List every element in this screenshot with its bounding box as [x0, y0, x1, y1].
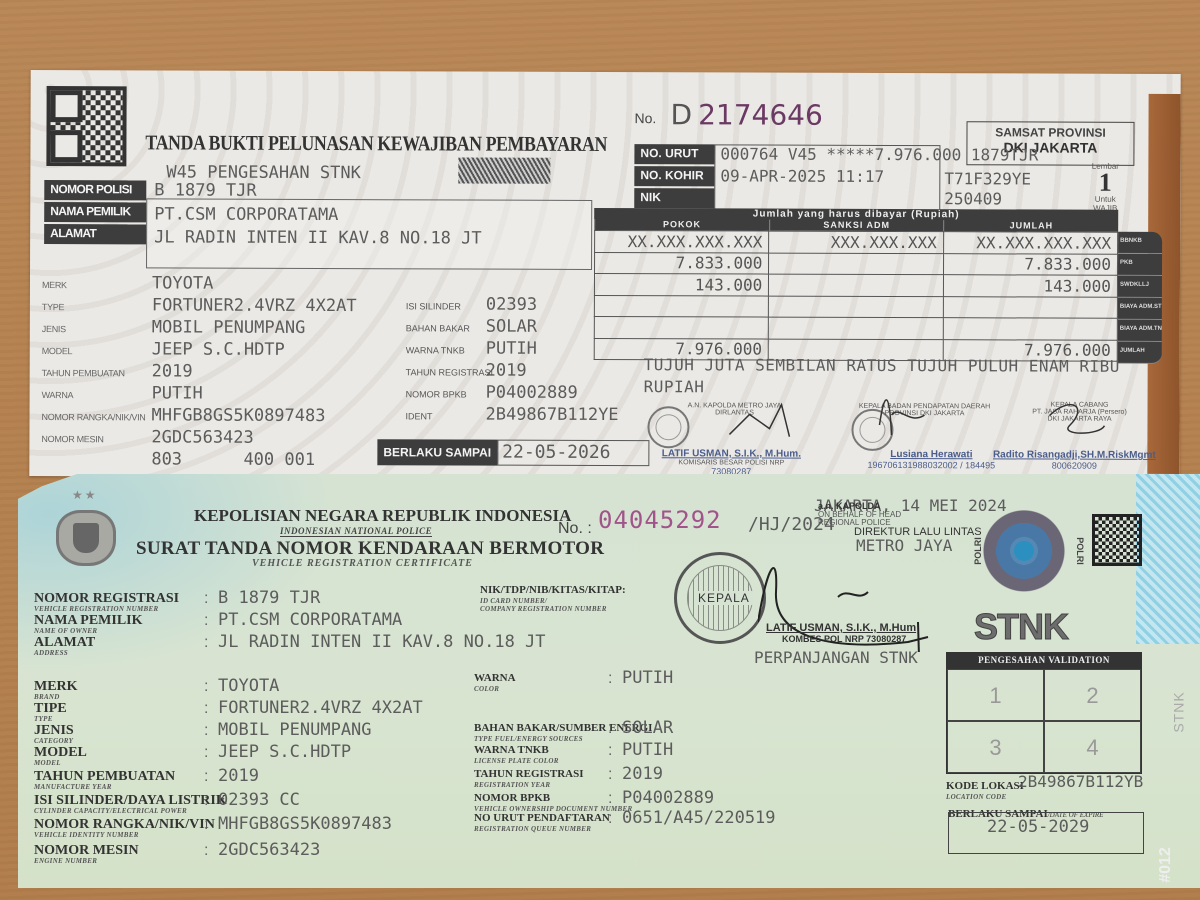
vehicle-value: MOBIL PENUMPANG	[152, 316, 357, 339]
vehicle-value: 2019	[152, 360, 357, 383]
vehicle-extra-value: 2B49867B112YE	[485, 404, 618, 426]
field-label: ALAMATADDRESS	[34, 636, 95, 657]
field-value: P04002889	[622, 788, 714, 808]
field-label-en: COLOR	[474, 685, 516, 693]
on-behalf: a.n. KAPOLDA ON BEHALF OF HEAD REGIONAL …	[818, 502, 901, 527]
field-colon: :	[608, 766, 612, 784]
field-value: JEEP S.C.HDTP	[218, 742, 351, 762]
payment-cell-sanksi	[769, 253, 943, 275]
officer-name: LATIF USMAN, S.I.K., M.Hum	[766, 622, 916, 634]
vehicle-extra-value: PUTIH	[486, 338, 619, 360]
kode-label-en: LOCATION CODE	[946, 793, 1024, 801]
field-value: B 1879 TJR	[218, 588, 320, 608]
receipt-number: D2174646	[671, 98, 823, 132]
field-label: WARNACOLOR	[474, 672, 516, 693]
payment-cell-jumlah: 7.833.000	[943, 253, 1117, 275]
field-label-text: NOMOR BPKB	[474, 792, 550, 804]
samsat-line1: SAMSAT PROVINSI	[967, 125, 1133, 140]
field-label: MERKBRAND	[34, 680, 78, 701]
vehicle-value: JEEP S.C.HDTP	[152, 338, 357, 361]
id-label: NIK/TDP/NIB/KITAS/KITAP:	[480, 584, 626, 596]
field-colon: :	[204, 612, 208, 630]
field-label-en: LICENSE PLATE COLOR	[474, 757, 559, 765]
field-colon: :	[608, 670, 612, 688]
sig-id: 800620909	[989, 460, 1159, 471]
field-value: TOYOTA	[218, 676, 279, 696]
kepala-stamp-icon: KEPALA	[674, 552, 766, 644]
payment-cell-pokok: 143.000	[594, 273, 768, 295]
field-label-text: WARNA TNKB	[474, 744, 549, 756]
payment-cell-sanksi	[769, 296, 943, 318]
id-label-en2: COMPANY REGISTRATION NUMBER	[480, 605, 626, 613]
field-label-en: VEHICLE REGISTRATION NUMBER	[34, 605, 179, 613]
field-value: 0651/A45/220519	[622, 808, 776, 828]
vehicle-extra-value: 2019	[486, 360, 619, 382]
payment-row-label: BIAYA ADM.TNKB	[1118, 320, 1162, 342]
payment-table: XX.XXX.XXX.XXXXXX.XXX.XXXXX.XXX.XXX.XXX7…	[594, 230, 1118, 362]
agency-name: KEPOLISIAN NEGARA REPUBLIK INDONESIA	[194, 506, 571, 526]
payment-row: XX.XXX.XXX.XXXXXX.XXX.XXXXX.XXX.XXX.XXX	[595, 230, 1118, 253]
field-colon: :	[204, 700, 208, 718]
vertical-stnk-mark: STNK	[1171, 691, 1187, 732]
vehicle-label: MODEL	[42, 340, 146, 362]
vehicle-extra-labels: ISI SILINDERBAHAN BAKARWARNA TNKBTAHUN R…	[405, 295, 493, 427]
field-label-text: TIPE	[34, 701, 67, 716]
payment-cell-sanksi	[769, 274, 943, 296]
security-pattern	[1136, 474, 1200, 644]
field-value: FORTUNER2.4VRZ 4X2AT	[218, 698, 423, 718]
field-label: ISI SILINDER/DAYA LISTRIKCYLINDER CAPACI…	[34, 794, 227, 815]
vehicle-label: TAHUN PEMBUATAN	[42, 362, 146, 384]
field-label: NO URUT PENDAFTARANREGISTRATION QUEUE NU…	[474, 812, 610, 833]
valid-until-value: 22-05-2026	[497, 440, 649, 467]
vehicle-label: WARNA	[42, 384, 146, 406]
polri-label-left: POLRI	[973, 537, 983, 565]
label-no-kohir: NO. KOHIR	[634, 166, 714, 186]
payment-row	[594, 316, 1117, 339]
field-label-text: NAMA PEMILIK	[34, 613, 143, 628]
field-colon: :	[608, 742, 612, 760]
qr-code-icon	[46, 86, 126, 166]
qr-code-icon	[1092, 514, 1142, 566]
vehicle-extra-label: ISI SILINDER	[406, 295, 493, 317]
value-alamat: JL RADIN INTEN II KAV.8 NO.18 JT	[154, 227, 482, 248]
vehicle-value: PUTIH	[152, 382, 357, 405]
extra-code: 803 400 001	[151, 448, 356, 471]
polri-label-right: POLRI	[1075, 537, 1085, 565]
field-value: PUTIH	[622, 740, 673, 760]
field-label: TAHUN PEMBUATANMANUFACTURE YEAR	[34, 770, 175, 791]
field-colon: :	[204, 722, 208, 740]
stnk-logo: STNK	[974, 606, 1068, 648]
field-value: MOBIL PENUMPANG	[218, 720, 372, 740]
label-no-urut: NO. URUT	[634, 144, 714, 164]
vehicle-label: MERK	[42, 274, 146, 296]
field-label-text: NOMOR REGISTRASI	[34, 591, 179, 606]
field-value: 2019	[622, 764, 663, 784]
field-label: JENISCATEGORY	[34, 724, 74, 745]
payment-row-label: BIAYA ADM.STNK	[1118, 298, 1162, 320]
vehicle-labels: MERKTYPEJENISMODELTAHUN PEMBUATANWARNANO…	[41, 274, 146, 450]
payment-row-labels: BBNKBPKBSWDKLLJBIAYA ADM.STNKBIAYA ADM.T…	[1118, 232, 1162, 364]
field-value: 2GDC563423	[218, 840, 320, 860]
field-value: MHFGB8GS5K0897483	[218, 814, 392, 834]
vehicle-label: TYPE	[42, 296, 146, 318]
vehicle-value: MHFGB8GS5K0897483	[151, 404, 356, 427]
receipt-number-prefix: D	[671, 98, 693, 131]
field-label-text: NO URUT PENDAFTARAN	[474, 812, 610, 824]
field-label-en: TYPE	[34, 715, 67, 723]
vehicle-extra-value: P04002889	[486, 382, 619, 404]
vehicle-extra-values: 02393SOLARPUTIH2019P040028892B49867B112Y…	[485, 294, 619, 426]
vehicle-value: 2GDC563423	[151, 426, 356, 449]
label-nik: NIK	[634, 188, 714, 208]
payment-cell-jumlah: 143.000	[943, 275, 1117, 297]
vehicle-extra-value: SOLAR	[486, 316, 619, 338]
field-label-text: WARNA	[474, 672, 516, 684]
payment-cell-pokok	[594, 316, 768, 338]
id-number-label: NIK/TDP/NIB/KITAS/KITAP: ID CARD NUMBER/…	[480, 584, 626, 613]
validation-header: PENGESAHAN VALIDATION	[946, 652, 1142, 668]
police-emblem-icon	[56, 510, 116, 566]
payment-row-label: BBNKB	[1118, 232, 1162, 254]
field-colon: :	[204, 768, 208, 786]
stnk-number: 04045292	[598, 506, 722, 534]
payment-row: 7.833.0007.833.000	[595, 252, 1118, 275]
field-label-en: MANUFACTURE YEAR	[34, 783, 175, 791]
vehicle-extra-value: 02393	[486, 294, 619, 316]
payment-cell-sanksi	[769, 317, 943, 339]
value-no-urut: 000764 V45 *****7.976.000 1879TJR	[720, 144, 1038, 164]
field-colon: :	[204, 590, 208, 608]
stamp-text: KEPALA	[695, 591, 753, 605]
stnk-number-label: No. :	[558, 520, 592, 538]
value-nomor-polisi: B 1879 TJR	[154, 180, 256, 200]
payment-row-label: PKB	[1118, 254, 1162, 276]
payment-receipt-document: TANDA BUKTI PELUNASAN KEWAJIBAN PEMBAYAR…	[29, 70, 1180, 480]
field-label: WARNA TNKBLICENSE PLATE COLOR	[474, 744, 559, 765]
field-label-en: REGISTRATION YEAR	[474, 781, 584, 789]
vehicle-label: NOMOR MESIN	[41, 428, 145, 450]
vehicle-value: FORTUNER2.4VRZ 4X2AT	[152, 294, 357, 317]
validation-cell-4: 4	[1044, 721, 1141, 773]
agency-name-en: INDONESIAN NATIONAL POLICE	[280, 526, 432, 537]
payment-cell-pokok: 7.833.000	[595, 252, 769, 274]
vehicle-label: JENIS	[42, 318, 146, 340]
value-nama-pemilik: PT.CSM CORPORATAMA	[154, 204, 338, 225]
field-label: TAHUN REGISTRASIREGISTRATION YEAR	[474, 768, 584, 789]
receipt-number-label: No.	[635, 110, 657, 126]
field-label-text: NOMOR RANGKA/NIK/VIN	[34, 817, 215, 832]
field-label: NOMOR MESINENGINE NUMBER	[34, 844, 139, 865]
field-colon: :	[608, 810, 612, 828]
field-colon: :	[608, 720, 612, 738]
field-colon: :	[204, 816, 208, 834]
expiry-value: 22-05-2029	[948, 812, 1144, 854]
field-value: 02393 CC	[218, 790, 300, 810]
field-colon: :	[204, 678, 208, 696]
stnk-title: SURAT TANDA NOMOR KENDARAAN BERMOTOR	[136, 538, 604, 560]
renewal-note: PERPANJANGAN STNK	[754, 648, 918, 667]
payment-row-label: SWDKLLJ	[1118, 276, 1162, 298]
field-label-en: MODEL	[34, 759, 87, 767]
field-label-text: NOMOR MESIN	[34, 843, 139, 858]
field-label-en: CATEGORY	[34, 737, 74, 745]
valid-until-top: BERLAKU SAMPAI22-05-2026	[377, 439, 649, 466]
stnk-document: ★★ KEPOLISIAN NEGARA REPUBLIK INDONESIA …	[18, 474, 1200, 888]
vehicle-label: NOMOR RANGKA/NIK/VIN	[41, 406, 145, 428]
field-colon: :	[204, 634, 208, 652]
field-label: NAMA PEMILIKNAME OF OWNER	[34, 614, 143, 635]
label-alamat: ALAMAT	[44, 224, 146, 244]
column-jumlah: JUMLAH	[943, 220, 1118, 232]
receipt-number-value: 2174646	[698, 98, 823, 131]
stars-icon: ★★	[72, 488, 98, 502]
value-nik-code: 250409	[944, 189, 1002, 208]
payment-cell-jumlah	[943, 296, 1117, 318]
validation-cell-1: 1	[947, 669, 1044, 721]
payment-cell-pokok: XX.XXX.XXX.XXX	[595, 230, 769, 252]
field-value: PT.CSM CORPORATAMA	[218, 610, 402, 630]
field-label-text: TAHUN REGISTRASI	[474, 768, 584, 780]
field-label-text: ALAMAT	[34, 635, 95, 650]
location-code-label: KODE LOKASI LOCATION CODE	[946, 780, 1024, 801]
handwritten-signatures	[709, 384, 1109, 455]
validation-cell-2: 2	[1044, 669, 1141, 721]
receipt-title: TANDA BUKTI PELUNASAN KEWAJIBAN PEMBAYAR…	[145, 130, 607, 157]
field-label-en: ENGINE NUMBER	[34, 857, 139, 865]
vehicle-extra-label: WARNA TNKB	[406, 339, 493, 361]
payment-header: Jumlah yang harus dibayar (Rupiah) POKOK…	[594, 208, 1118, 232]
field-value: JL RADIN INTEN II KAV.8 NO.18 JT	[218, 632, 546, 652]
field-label-text: ISI SILINDER/DAYA LISTRIK	[34, 793, 227, 808]
payment-cell-jumlah	[943, 318, 1117, 340]
valid-until-label: BERLAKU SAMPAI	[377, 439, 497, 465]
field-label-text: MERK	[34, 679, 78, 694]
validation-grid: PENGESAHAN VALIDATION 1 2 3 4	[946, 652, 1142, 774]
photo-counter: #012	[1157, 847, 1175, 883]
field-value: 2019	[218, 766, 259, 786]
kode-label: KODE LOKASI	[946, 780, 1024, 792]
stnk-title-en: VEHICLE REGISTRATION CERTIFICATE	[252, 558, 473, 569]
hologram-emblem-icon	[976, 500, 1072, 606]
field-colon: :	[204, 744, 208, 762]
field-label: MODELMODEL	[34, 746, 87, 767]
validation-cell-3: 3	[947, 721, 1044, 773]
column-sanksi: SANKSI ADM	[769, 220, 944, 232]
field-colon: :	[204, 842, 208, 860]
field-label: TIPETYPE	[34, 702, 67, 723]
id-label-en1: ID CARD NUMBER/	[480, 597, 626, 605]
security-pattern	[458, 157, 550, 183]
field-label-en: VEHICLE IDENTITY NUMBER	[34, 831, 215, 839]
sheet-number: 1	[1080, 171, 1130, 195]
vehicle-extra-label: IDENT	[405, 405, 492, 427]
vehicle-value: TOYOTA	[152, 272, 357, 295]
field-label-en: BRAND	[34, 693, 78, 701]
field-value: SOLAR	[622, 718, 673, 738]
sheet-sub1: Untuk	[1080, 195, 1130, 204]
payment-row	[594, 295, 1117, 318]
field-label-en: ADDRESS	[34, 649, 95, 657]
field-colon: :	[204, 792, 208, 810]
vehicle-extra-label: BAHAN BAKAR	[406, 317, 493, 339]
payment-cell-pokok	[594, 295, 768, 317]
vehicle-extra-label: TAHUN REGISTRASI	[406, 361, 493, 383]
payment-row: 143.000143.000	[594, 273, 1117, 296]
field-label-text: TAHUN PEMBUATAN	[34, 769, 175, 784]
value-no-kohir: 09-APR-2025 11:17	[720, 166, 884, 186]
field-label: NOMOR REGISTRASIVEHICLE REGISTRATION NUM…	[34, 592, 179, 613]
field-value: PUTIH	[622, 668, 673, 688]
vehicle-extra-label: NOMOR BPKB	[406, 383, 493, 405]
vehicle-values: TOYOTAFORTUNER2.4VRZ 4X2ATMOBIL PENUMPAN…	[151, 272, 356, 471]
field-label-text: JENIS	[34, 723, 74, 738]
field-label-en: CYLINDER CAPACITY/ELECTRICAL POWER	[34, 807, 227, 815]
field-label-text: MODEL	[34, 745, 87, 760]
location-code-value: 2B49867B112YB	[1018, 772, 1143, 791]
field-label-en: NAME OF OWNER	[34, 627, 143, 635]
payment-cell-jumlah: XX.XXX.XXX.XXX	[943, 232, 1117, 254]
officer-rank: KOMBES POL NRP 73080287	[782, 634, 906, 644]
label-nomor-polisi: NOMOR POLISI	[44, 180, 146, 200]
field-label: NOMOR RANGKA/NIK/VINVEHICLE IDENTITY NUM…	[34, 818, 215, 839]
value-kohir-code: T71F329YE	[944, 169, 1031, 188]
field-label-en: REGISTRATION QUEUE NUMBER	[474, 825, 610, 833]
payment-cell-sanksi: XXX.XXX.XXX	[769, 231, 943, 253]
column-pokok: POKOK	[594, 219, 769, 231]
field-colon: :	[608, 790, 612, 808]
label-nama-pemilik: NAMA PEMILIK	[44, 202, 146, 222]
